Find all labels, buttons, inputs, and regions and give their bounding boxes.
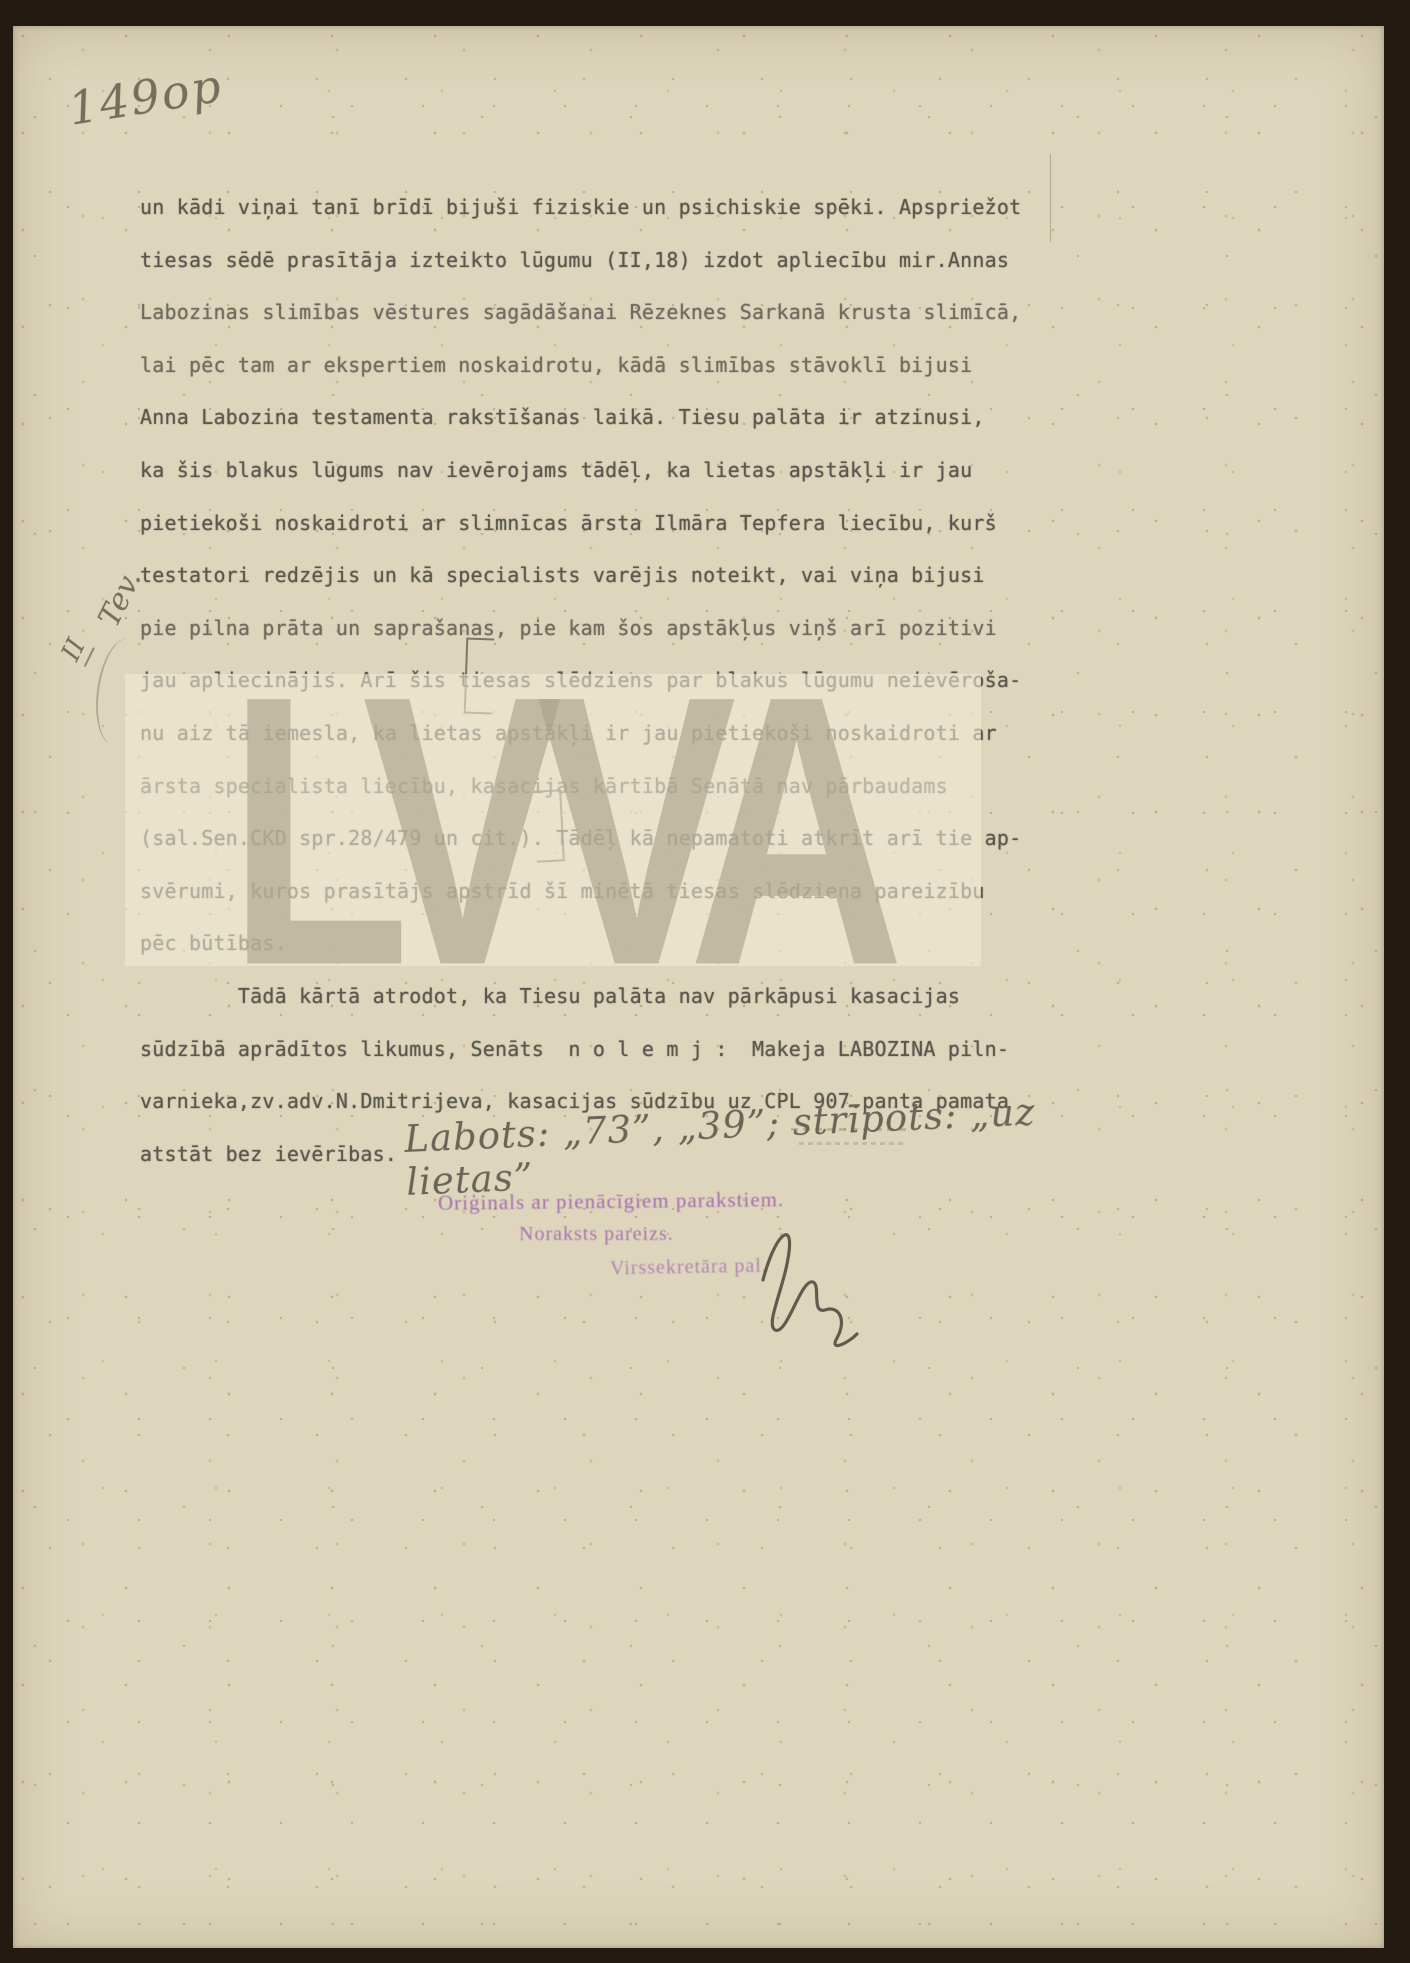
typed-line: sūdzībā aprādītos likumus, Senāts n o l … xyxy=(140,1023,1040,1076)
typed-line: pie pilna prāta un saprašanas, pie kam š… xyxy=(140,602,1040,655)
typed-line: pēc būtības. xyxy=(140,917,1040,970)
pencil-open-bracket xyxy=(464,638,495,715)
stamp-copy-correct: Noraksts pareizs. xyxy=(519,1223,674,1246)
paper-sheet: 149op un kādi viņai tanī brīdī bijuši fi… xyxy=(13,26,1384,1948)
typed-line: ka šis blakus lūgums nav ievērojams tādē… xyxy=(140,444,1040,497)
pencil-close-bracket xyxy=(533,789,565,862)
typed-line: Anna Labozina testamenta rakstīšanas lai… xyxy=(140,391,1040,444)
typed-line: un kādi viņai tanī brīdī bijuši fiziskie… xyxy=(140,181,1040,234)
signature-icon xyxy=(735,1216,885,1366)
typed-line: svērumi, kuros prasītājs apstrīd šī minē… xyxy=(140,865,1040,918)
pencil-page-number: 149op xyxy=(65,58,226,136)
typed-line: nu aiz tā iemesla, ka lietas apstākļi ir… xyxy=(140,707,1040,760)
paper-crease xyxy=(1050,154,1051,242)
typed-line: Labozinas slimības vēstures sagādāšanai … xyxy=(140,286,1040,339)
typed-line: Tādā kārtā atrodot, ka Tiesu palāta nav … xyxy=(140,970,1040,1023)
typed-text-block: un kādi viņai tanī brīdī bijuši fiziskie… xyxy=(140,181,1040,1180)
typed-line: tiesas sēdē prasītāja izteikto lūgumu (I… xyxy=(140,234,1040,287)
typed-line: pietiekoši noskaidroti ar slimnīcas ārst… xyxy=(140,497,1040,550)
typed-line: lai pēc tam ar ekspertiem noskaidrotu, k… xyxy=(140,339,1040,392)
scanned-document-screenshot: { "page": { "archive_page_number": "149o… xyxy=(0,0,1410,1963)
typed-line: ārsta specialista liecību, kasacijas kār… xyxy=(140,760,1040,813)
stamp-original-signatures: Oriģinals ar pienācīgiem parakstiem. xyxy=(438,1187,784,1216)
typed-line: testatori redzējis un kā specialists var… xyxy=(140,549,1040,602)
margin-note-roman: II xyxy=(56,634,95,667)
typed-line: jau apliecinājis. Arī šis tiesas slēdzie… xyxy=(140,654,1040,707)
typed-line: (sal.Sen.CKD spr.28/479 un cit.). Tādēļ … xyxy=(140,812,1040,865)
